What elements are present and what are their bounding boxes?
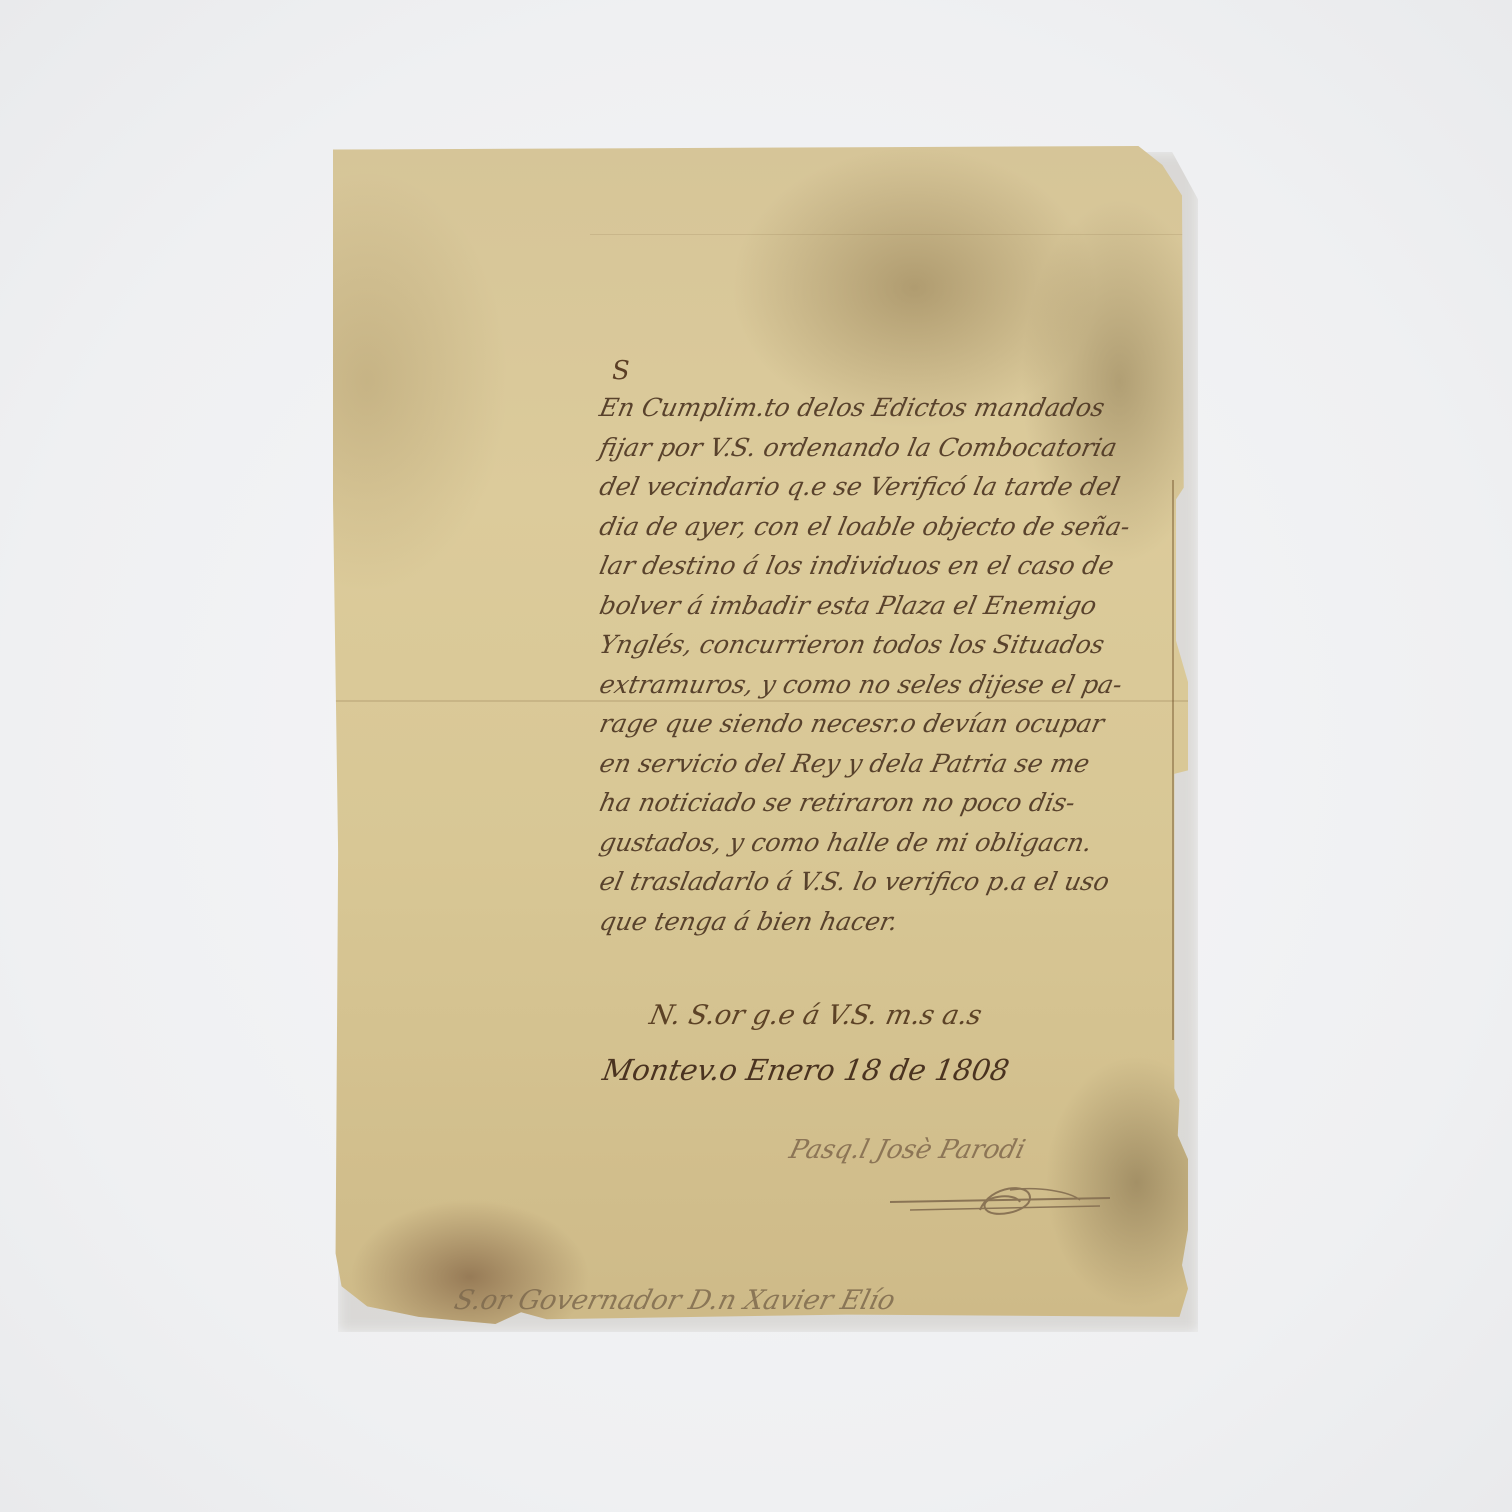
body-line: gustados, y como halle de mi obligacn. bbox=[596, 823, 1164, 863]
body-line: Ynglés, concurrieron todos los Situados bbox=[596, 625, 1164, 665]
body-line: lar destino á los individuos en el caso … bbox=[596, 546, 1164, 586]
body-line: en servicio del Rey y dela Patria se me bbox=[596, 744, 1164, 784]
body-line: el trasladarlo á V.S. lo verifico p.a el… bbox=[596, 862, 1164, 902]
body-line: fijar por V.S. ordenando la Combocatoria bbox=[596, 428, 1164, 468]
closing-formula: N. S.or g.e á V.S. m.s a.s bbox=[647, 1000, 985, 1031]
letter-body: En Cumplim.to delos Edictos mandados fij… bbox=[600, 388, 1160, 941]
addressee-line: S.or Governador D.n Xavier Elío bbox=[451, 1285, 898, 1316]
signature: Pasq.l Josè Parodi bbox=[786, 1135, 1028, 1165]
body-line: del vecindario q.e se Verificó la tarde … bbox=[596, 467, 1164, 507]
rubric-flourish-icon bbox=[880, 1180, 1120, 1230]
body-line: En Cumplim.to delos Edictos mandados bbox=[596, 388, 1164, 428]
body-line: rage que siendo necesr.o devían ocupar bbox=[596, 704, 1164, 744]
body-line: ha noticiado se retiraron no poco dis- bbox=[596, 783, 1164, 823]
fold-crease-top bbox=[590, 234, 1189, 235]
body-line: dia de ayer, con el loable objecto de se… bbox=[596, 507, 1164, 547]
body-line: extramuros, y como no seles dijese el pa… bbox=[596, 665, 1164, 705]
header-mark: S bbox=[612, 356, 630, 386]
body-line: bolver á imbadir esta Plaza el Enemigo bbox=[596, 586, 1164, 626]
torn-edge-line bbox=[1172, 480, 1174, 1040]
body-line: que tenga á bien hacer. bbox=[596, 902, 1164, 942]
photo-backdrop: S En Cumplim.to delos Edictos mandados f… bbox=[0, 0, 1512, 1512]
place-date: Montev.o Enero 18 de 1808 bbox=[600, 1053, 1012, 1087]
